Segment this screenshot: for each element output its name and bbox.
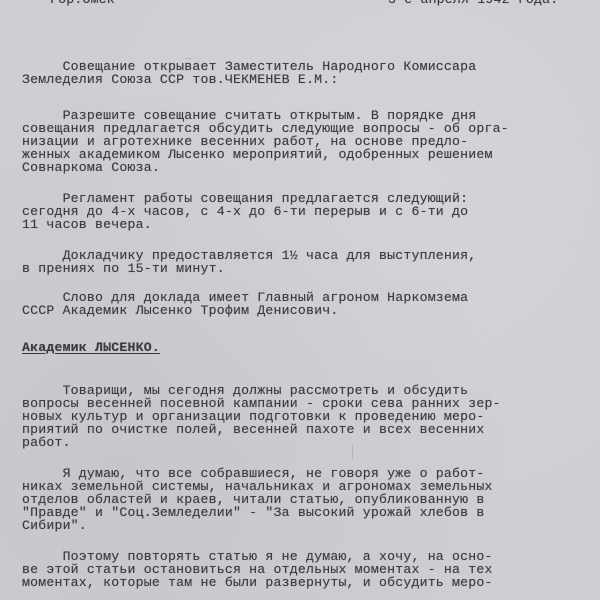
typewritten-document-page: Гор.Омск 3-е апреля 1942 года. Совещание… (0, 0, 600, 600)
paragraph-line: Земледелия Союза ССР тов.ЧЕКМЕНЕВ Е.М.: (22, 73, 338, 86)
speech-line: "Правде" и "Соц.Земледелии" - "За высоки… (22, 506, 485, 519)
speech-line: моментах, которые там не были развернуты… (22, 576, 493, 589)
paragraph-line: Совнаркома Союза. (22, 161, 160, 174)
paper-mark (352, 445, 353, 459)
speech-line: Сибири". (22, 519, 87, 532)
paragraph-line: СССР Академик Лысенко Трофим Денисович. (22, 304, 338, 317)
speech-line: работ. (22, 436, 71, 449)
header-date: 3-е апреля 1942 года. (388, 0, 558, 6)
paragraph-line: 11 часов вечера. (22, 218, 152, 231)
speaker-heading: Академик ЛЫСЕНКО. (22, 341, 160, 354)
speech-line: приятий по очистке полей, весенней пахот… (22, 423, 485, 436)
header-place: Гор.Омск (50, 0, 115, 6)
paragraph-line: в прениях по 15-ти минут. (22, 262, 225, 275)
